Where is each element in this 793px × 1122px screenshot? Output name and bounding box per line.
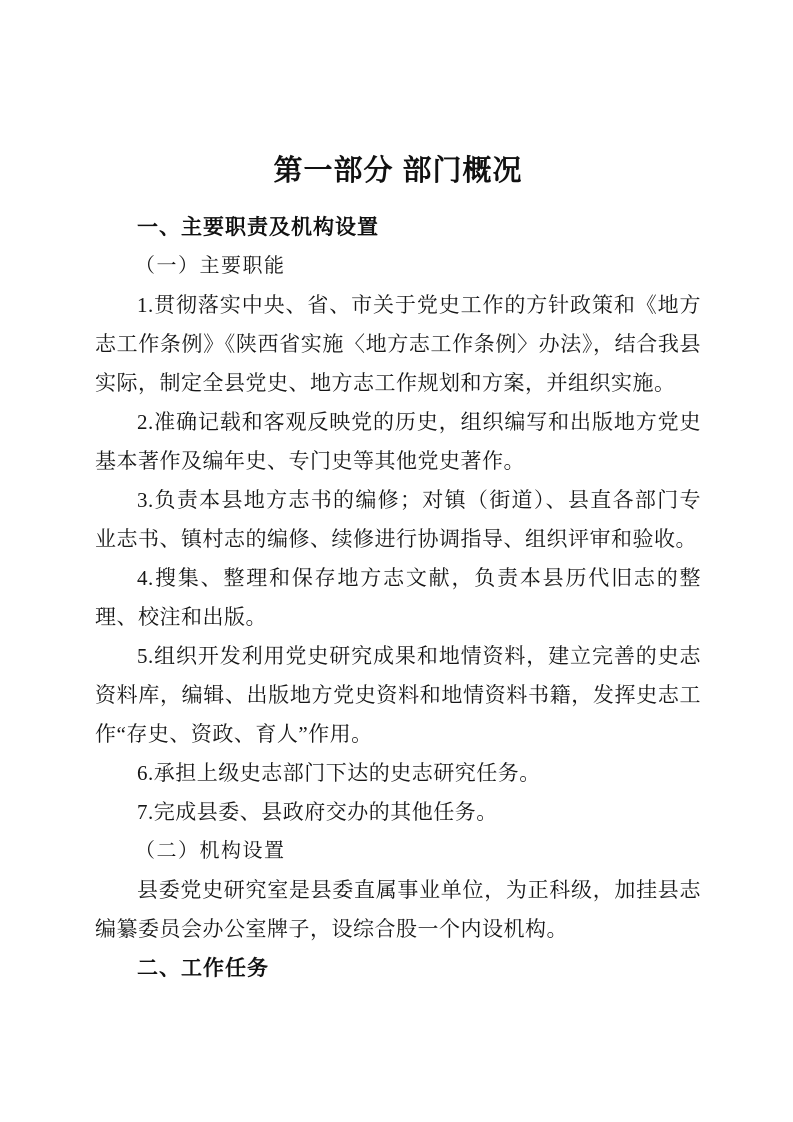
document-title: 第一部分 部门概况 [95,150,701,192]
section-1-heading: 一、主要职责及机构设置 [95,208,701,247]
duty-paragraph-3: 3.负责本县地方志书的编修；对镇（街道）、县直各部门专业志书、镇村志的编修、续修… [95,481,701,559]
duty-paragraph-1: 1.贯彻落实中央、省、市关于党史工作的方针政策和《地方志工作条例》《陕西省实施〈… [95,286,701,403]
subsection-1-heading: （一）主要职能 [95,247,701,286]
duty-paragraph-4: 4.搜集、整理和保存地方志文献，负责本县历代旧志的整理、校注和出版。 [95,559,701,637]
organization-paragraph: 县委党史研究室是县委直属事业单位，为正科级，加挂县志编纂委员会办公室牌子，设综合… [95,871,701,949]
duty-paragraph-5: 5.组织开发利用党史研究成果和地情资料，建立完善的史志资料库，编辑、出版地方党史… [95,637,701,754]
subsection-2-heading: （二）机构设置 [95,832,701,871]
section-2-heading: 二、工作任务 [95,949,701,988]
document-page: 第一部分 部门概况 一、主要职责及机构设置 （一）主要职能 1.贯彻落实中央、省… [0,0,793,1122]
duty-paragraph-7: 7.完成县委、县政府交办的其他任务。 [95,793,701,832]
duty-paragraph-6: 6.承担上级史志部门下达的史志研究任务。 [95,754,701,793]
duty-paragraph-2: 2.准确记载和客观反映党的历史，组织编写和出版地方党史基本著作及编年史、专门史等… [95,403,701,481]
